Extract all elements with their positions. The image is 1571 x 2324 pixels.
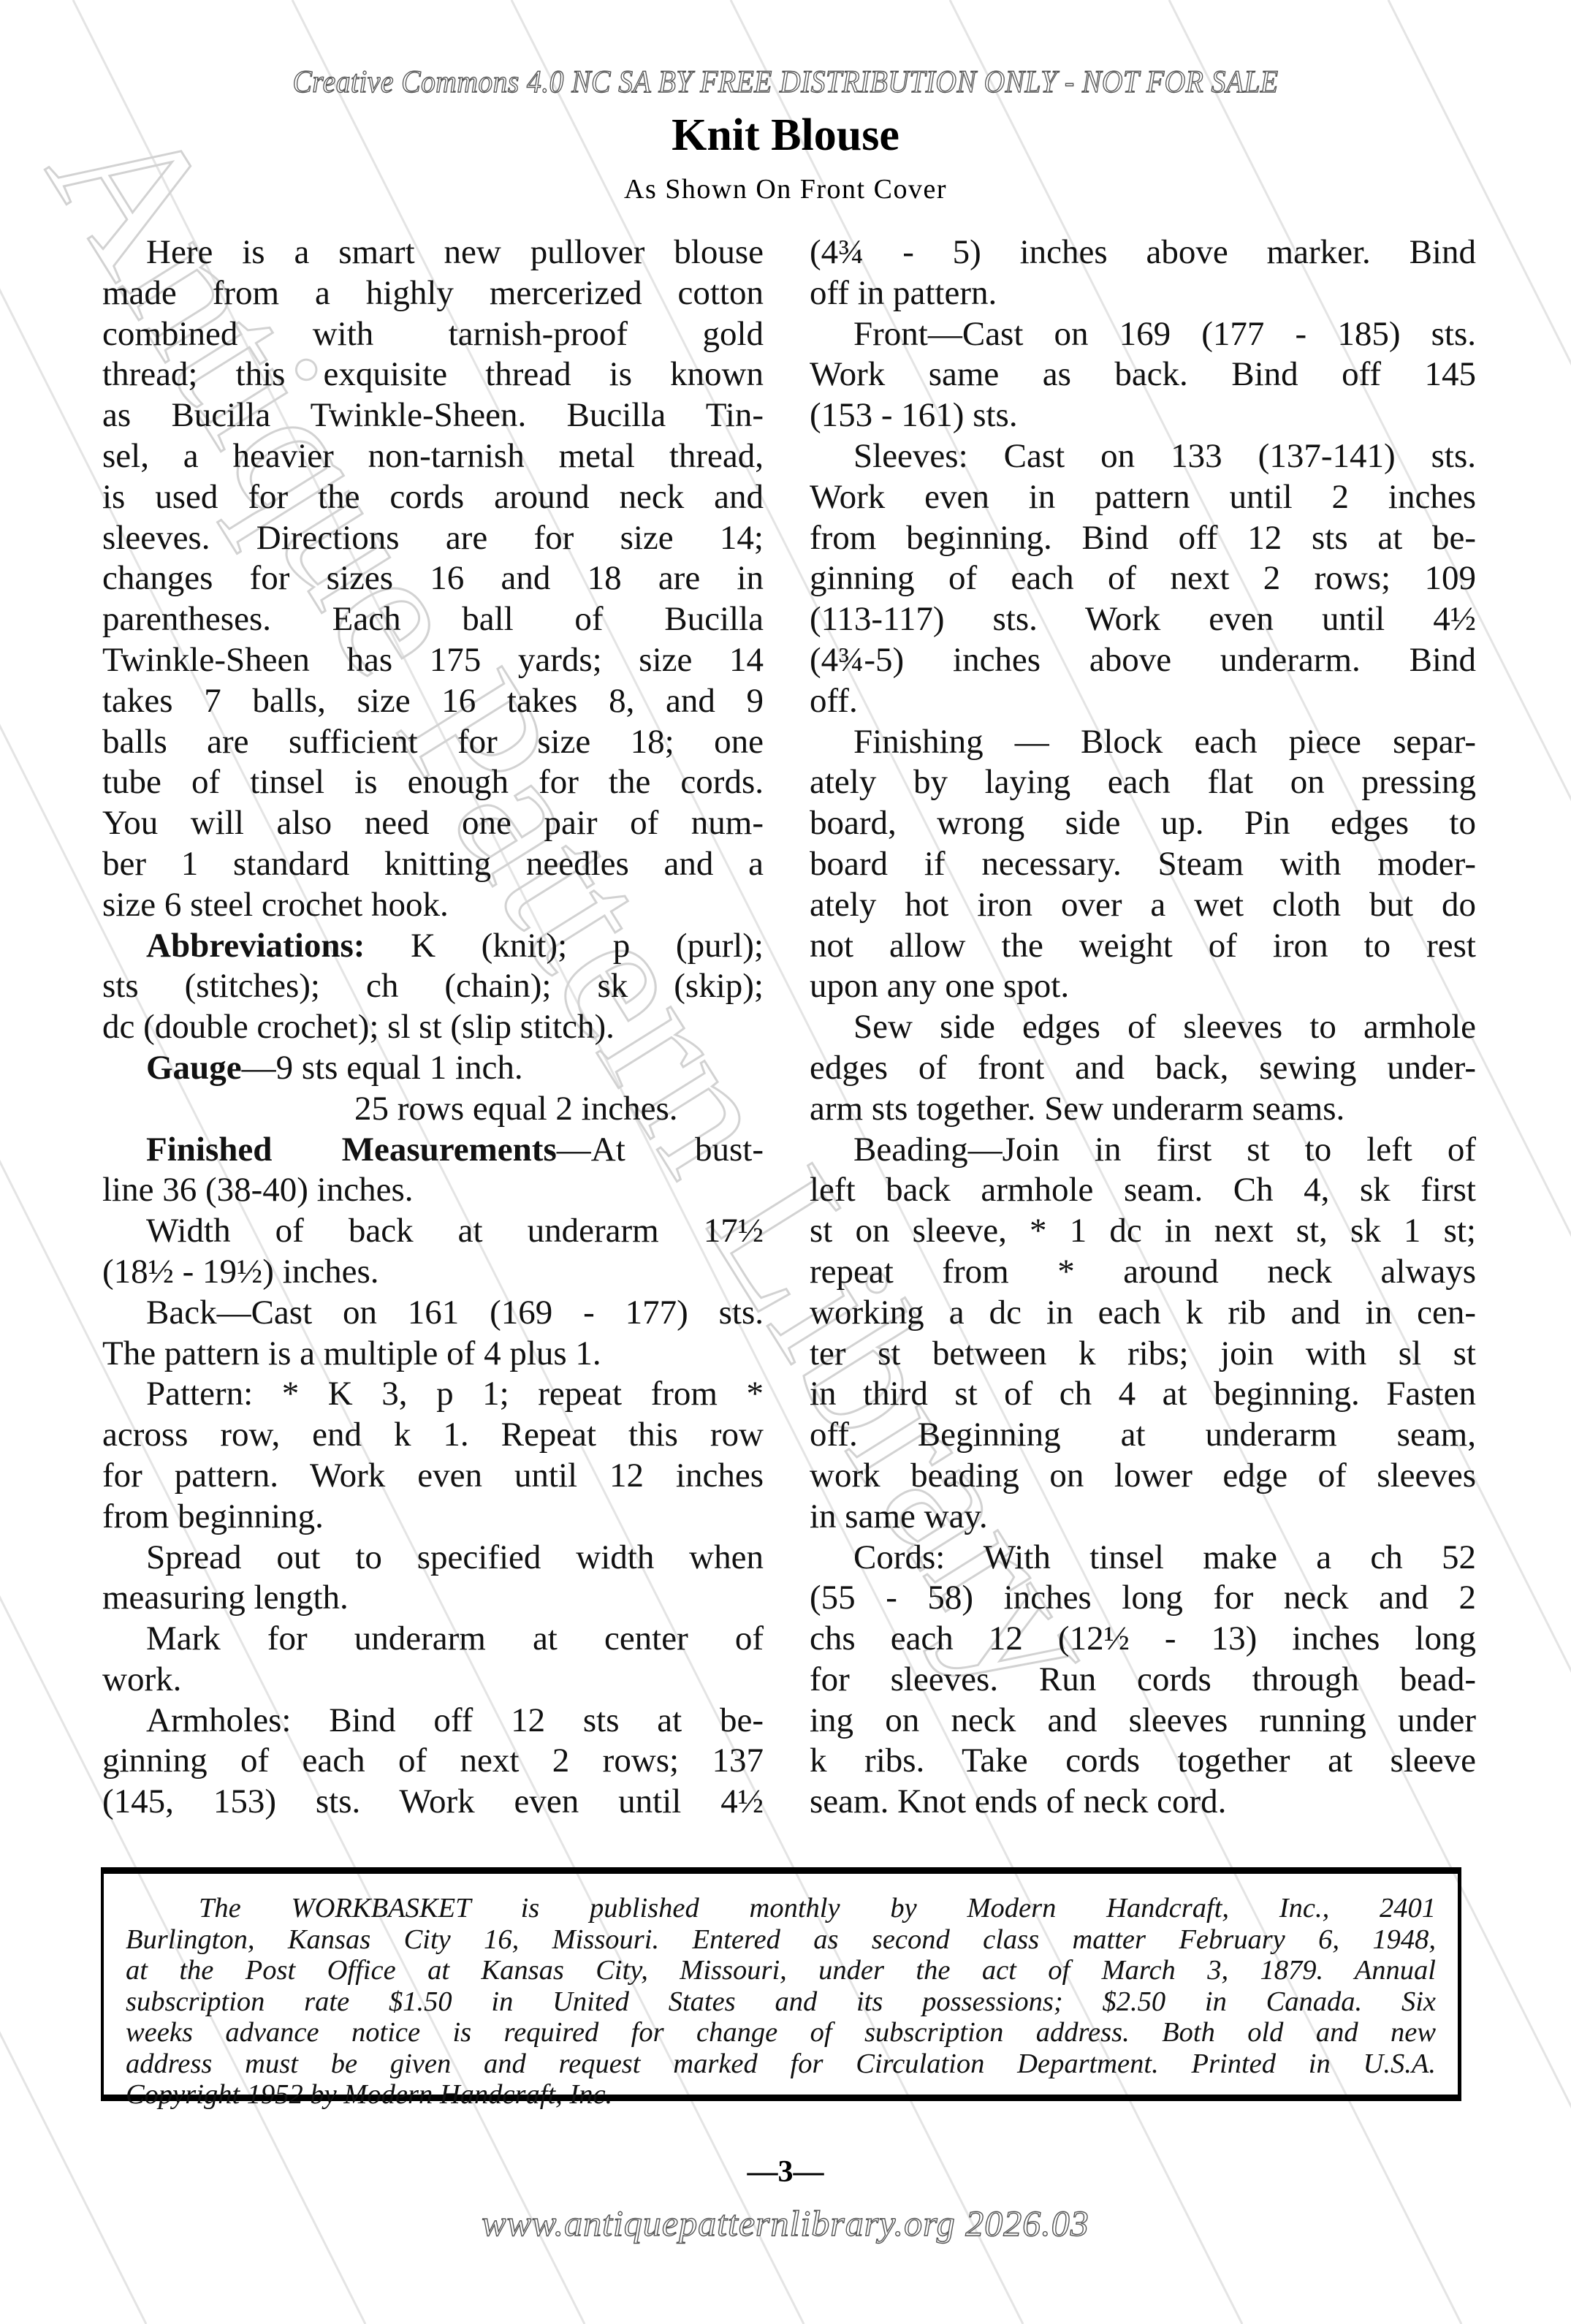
text-line: ginning of each of next 2 rows; 109 bbox=[810, 558, 1476, 599]
text-line: Mark for underarm at center of bbox=[102, 1619, 764, 1660]
text-line: Twinkle-Sheen has 175 yards; size 14 bbox=[102, 640, 764, 681]
line-text: sts (stitches); ch (chain); sk (skip); bbox=[102, 967, 764, 1005]
line-text: for pattern. Work even until 12 inches bbox=[102, 1457, 764, 1495]
publisher-info-line: The WORKBASKET is published monthly by M… bbox=[126, 1893, 1436, 1924]
line-text: Here is a smart new pullover blouse bbox=[146, 233, 764, 271]
line-text: edges of front and back, sewing under- bbox=[810, 1049, 1476, 1087]
section-heading: Abbreviations: bbox=[146, 927, 365, 965]
line-text: Work even in pattern until 2 inches bbox=[810, 478, 1476, 516]
line-text: line 36 (38-40) inches. bbox=[102, 1171, 414, 1209]
text-line: Cords: With tinsel make a ch 52 bbox=[810, 1538, 1476, 1579]
text-line: Beading—Join in first st to left of bbox=[810, 1130, 1476, 1171]
text-line: ately by laying each flat on pressing bbox=[810, 762, 1476, 803]
text-line: Back—Cast on 161 (169 - 177) sts. bbox=[102, 1293, 764, 1334]
text-line: work beading on lower edge of sleeves bbox=[810, 1456, 1476, 1497]
page-number: —3— bbox=[0, 2154, 1571, 2190]
line-text: (55 - 58) inches long for neck and 2 bbox=[810, 1579, 1476, 1617]
line-text: tube of tinsel is enough for the cords. bbox=[102, 763, 764, 801]
right-text-column: (4¾ - 5) inches above marker. Bindoff in… bbox=[810, 232, 1476, 1823]
publisher-info-line: weeks advance notice is required for cha… bbox=[126, 2017, 1436, 2048]
text-line: (4¾ - 5) inches above marker. Bind bbox=[810, 232, 1476, 273]
text-line: st on sleeve, * 1 dc in next st, sk 1 st… bbox=[810, 1211, 1476, 1252]
line-text: Sew side edges of sleeves to armhole bbox=[853, 1008, 1476, 1046]
line-text: combined with tarnish-proof gold bbox=[102, 315, 764, 353]
line-text: thread; this exquisite thread is known bbox=[102, 355, 764, 393]
line-text: not allow the weight of iron to rest bbox=[810, 927, 1476, 965]
text-line: size 6 steel crochet hook. bbox=[102, 885, 764, 926]
line-text: working a dc in each k rib and in cen- bbox=[810, 1294, 1476, 1332]
text-line: ginning of each of next 2 rows; 137 bbox=[102, 1741, 764, 1782]
line-text: is used for the cords around neck and bbox=[102, 478, 764, 516]
text-line: ber 1 standard knitting needles and a bbox=[102, 844, 764, 885]
line-text: from beginning. bbox=[102, 1497, 324, 1535]
text-line: sleeves. Directions are for size 14; bbox=[102, 518, 764, 559]
line-text: 25 rows equal 2 inches. bbox=[354, 1090, 677, 1128]
line-text: Armholes: Bind off 12 sts at be- bbox=[146, 1701, 764, 1739]
line-text: work beading on lower edge of sleeves bbox=[810, 1457, 1476, 1495]
text-line: Work same as back. Bind off 145 bbox=[810, 354, 1476, 395]
text-line: across row, end k 1. Repeat this row bbox=[102, 1415, 764, 1456]
left-text-column: Here is a smart new pullover blousemade … bbox=[102, 232, 764, 1823]
text-line: ing on neck and sleeves running under bbox=[810, 1701, 1476, 1742]
line-text: Back—Cast on 161 (169 - 177) sts. bbox=[146, 1294, 764, 1332]
section-heading: Gauge bbox=[146, 1049, 242, 1087]
line-text: ber 1 standard knitting needles and a bbox=[102, 845, 764, 883]
line-text: off. Beginning at underarm seam, bbox=[810, 1416, 1476, 1454]
text-line: Armholes: Bind off 12 sts at be- bbox=[102, 1701, 764, 1742]
line-text: ately by laying each flat on pressing bbox=[810, 763, 1476, 801]
text-line: (113-117) sts. Work even until 4½ bbox=[810, 599, 1476, 640]
line-text: Spread out to specified width when bbox=[146, 1538, 764, 1576]
text-line: line 36 (38-40) inches. bbox=[102, 1170, 764, 1211]
text-line: thread; this exquisite thread is known bbox=[102, 354, 764, 395]
text-line: sts (stitches); ch (chain); sk (skip); bbox=[102, 966, 764, 1007]
text-line: (153 - 161) sts. bbox=[810, 395, 1476, 436]
text-line: sel, a heavier non-tarnish metal thread, bbox=[102, 436, 764, 477]
line-text: Sleeves: Cast on 133 (137-141) sts. bbox=[853, 437, 1476, 475]
line-text: Work same as back. Bind off 145 bbox=[810, 355, 1476, 393]
line-text: —9 sts equal 1 inch. bbox=[242, 1049, 523, 1087]
text-line: Abbreviations: K (knit); p (purl); bbox=[102, 926, 764, 967]
text-line: edges of front and back, sewing under- bbox=[810, 1048, 1476, 1089]
document-page: Creative Commons 4.0 NC SA BY FREE DISTR… bbox=[0, 0, 1571, 2324]
text-line: (55 - 58) inches long for neck and 2 bbox=[810, 1578, 1476, 1619]
line-text: Width of back at underarm 17½ bbox=[146, 1212, 764, 1250]
line-text: seam. Knot ends of neck cord. bbox=[810, 1782, 1226, 1820]
line-text: Cords: With tinsel make a ch 52 bbox=[853, 1538, 1476, 1576]
line-text: sel, a heavier non-tarnish metal thread, bbox=[102, 437, 764, 475]
text-line: from beginning. Bind off 12 sts at be- bbox=[810, 518, 1476, 559]
text-line: balls are sufficient for size 18; one bbox=[102, 722, 764, 763]
text-line: k ribs. Take cords together at sleeve bbox=[810, 1741, 1476, 1782]
text-line: Finishing — Block each piece separ- bbox=[810, 722, 1476, 763]
text-line: takes 7 balls, size 16 takes 8, and 9 bbox=[102, 681, 764, 722]
line-text: measuring length. bbox=[102, 1579, 349, 1617]
text-line: Width of back at underarm 17½ bbox=[102, 1211, 764, 1252]
line-text: takes 7 balls, size 16 takes 8, and 9 bbox=[102, 682, 764, 720]
page-subtitle: As Shown On Front Cover bbox=[0, 173, 1571, 205]
line-text: upon any one spot. bbox=[810, 967, 1069, 1005]
text-line: work. bbox=[102, 1660, 764, 1701]
line-text: Twinkle-Sheen has 175 yards; size 14 bbox=[102, 641, 764, 679]
text-line: not allow the weight of iron to rest bbox=[810, 926, 1476, 967]
text-line: in third st of ch 4 at beginning. Fasten bbox=[810, 1374, 1476, 1415]
text-line: measuring length. bbox=[102, 1578, 764, 1619]
text-line: You will also need one pair of num- bbox=[102, 803, 764, 844]
line-text: across row, end k 1. Repeat this row bbox=[102, 1416, 764, 1454]
line-text: repeat from * around neck always bbox=[810, 1253, 1476, 1291]
text-line: parentheses. Each ball of Bucilla bbox=[102, 599, 764, 640]
text-line: (18½ - 19½) inches. bbox=[102, 1252, 764, 1293]
text-line: Gauge—9 sts equal 1 inch. bbox=[102, 1048, 764, 1089]
line-text: in third st of ch 4 at beginning. Fasten bbox=[810, 1375, 1476, 1413]
text-line: Finished Measurements—At bust- bbox=[102, 1130, 764, 1171]
line-text: work. bbox=[102, 1660, 181, 1698]
line-text: sleeves. Directions are for size 14; bbox=[102, 519, 764, 557]
line-text: (113-117) sts. Work even until 4½ bbox=[810, 600, 1476, 638]
text-line: (4¾-5) inches above underarm. Bind bbox=[810, 640, 1476, 681]
text-line: seam. Knot ends of neck cord. bbox=[810, 1782, 1476, 1823]
line-text: Finishing — Block each piece separ- bbox=[853, 723, 1476, 761]
line-text: Mark for underarm at center of bbox=[146, 1619, 764, 1657]
line-text: Pattern: * K 3, p 1; repeat from * bbox=[146, 1375, 764, 1413]
line-text: ginning of each of next 2 rows; 109 bbox=[810, 559, 1476, 597]
text-line: changes for sizes 16 and 18 are in bbox=[102, 558, 764, 599]
text-line: left back armhole seam. Ch 4, sk first bbox=[810, 1170, 1476, 1211]
site-footer-url: www.antiquepatternlibrary.org 2026.03 bbox=[0, 2202, 1571, 2244]
line-text: ter st between k ribs; join with sl st bbox=[810, 1334, 1476, 1372]
line-text: (4¾ - 5) inches above marker. Bind bbox=[810, 233, 1476, 271]
text-line: made from a highly mercerized cotton bbox=[102, 273, 764, 314]
line-text: (18½ - 19½) inches. bbox=[102, 1253, 379, 1291]
line-text: in same way. bbox=[810, 1497, 988, 1535]
text-line: tube of tinsel is enough for the cords. bbox=[102, 762, 764, 803]
text-line: board, wrong side up. Pin edges to bbox=[810, 803, 1476, 844]
text-line: board if necessary. Steam with moder- bbox=[810, 844, 1476, 885]
line-text: (4¾-5) inches above underarm. Bind bbox=[810, 641, 1476, 679]
text-line: arm sts together. Sew underarm seams. bbox=[810, 1089, 1476, 1130]
text-line: Spread out to specified width when bbox=[102, 1538, 764, 1579]
line-text: k ribs. Take cords together at sleeve bbox=[810, 1742, 1476, 1780]
text-line: off. bbox=[810, 681, 1476, 722]
line-text: from beginning. Bind off 12 sts at be- bbox=[810, 519, 1476, 557]
license-banner: Creative Commons 4.0 NC SA BY FREE DISTR… bbox=[63, 64, 1508, 100]
text-line: Here is a smart new pullover blouse bbox=[102, 232, 764, 273]
line-text: size 6 steel crochet hook. bbox=[102, 886, 449, 924]
publisher-info-line: at the Post Office at Kansas City, Misso… bbox=[126, 1955, 1436, 1986]
line-text: balls are sufficient for size 18; one bbox=[102, 723, 764, 761]
text-line: chs each 12 (12½ - 13) inches long bbox=[810, 1619, 1476, 1660]
line-text: —At bust- bbox=[557, 1131, 764, 1169]
text-line: 25 rows equal 2 inches. bbox=[102, 1089, 764, 1130]
line-text: K (knit); p (purl); bbox=[365, 927, 764, 965]
line-text: dc (double crochet); sl st (slip stitch)… bbox=[102, 1008, 615, 1046]
text-line: for pattern. Work even until 12 inches bbox=[102, 1456, 764, 1497]
line-text: left back armhole seam. Ch 4, sk first bbox=[810, 1171, 1476, 1209]
text-line: Sew side edges of sleeves to armhole bbox=[810, 1007, 1476, 1048]
publisher-info-line: Burlington, Kansas City 16, Missouri. En… bbox=[126, 1924, 1436, 1956]
line-text: chs each 12 (12½ - 13) inches long bbox=[810, 1619, 1476, 1657]
line-text: You will also need one pair of num- bbox=[102, 804, 764, 842]
text-line: repeat from * around neck always bbox=[810, 1252, 1476, 1293]
text-line: The pattern is a multiple of 4 plus 1. bbox=[102, 1334, 764, 1375]
line-text: made from a highly mercerized cotton bbox=[102, 274, 764, 312]
text-line: dc (double crochet); sl st (slip stitch)… bbox=[102, 1007, 764, 1048]
line-text: ing on neck and sleeves running under bbox=[810, 1701, 1476, 1739]
publisher-info-line: address must be given and request marked… bbox=[126, 2048, 1436, 2080]
line-text: for sleeves. Run cords through bead- bbox=[810, 1660, 1476, 1698]
publisher-info-line: Copyright 1952 by Modern Handcraft, Inc. bbox=[126, 2079, 1436, 2111]
text-line: is used for the cords around neck and bbox=[102, 477, 764, 518]
line-text: changes for sizes 16 and 18 are in bbox=[102, 559, 764, 597]
text-line: working a dc in each k rib and in cen- bbox=[810, 1293, 1476, 1334]
text-line: as Bucilla Twinkle-Sheen. Bucilla Tin- bbox=[102, 395, 764, 436]
line-text: ately hot iron over a wet cloth but do bbox=[810, 886, 1476, 924]
line-text: off. bbox=[810, 682, 858, 720]
line-text: Front—Cast on 169 (177 - 185) sts. bbox=[853, 315, 1476, 353]
text-line: off in pattern. bbox=[810, 273, 1476, 314]
text-line: Sleeves: Cast on 133 (137-141) sts. bbox=[810, 436, 1476, 477]
line-text: arm sts together. Sew underarm seams. bbox=[810, 1090, 1344, 1128]
line-text: (153 - 161) sts. bbox=[810, 396, 1018, 434]
text-line: off. Beginning at underarm seam, bbox=[810, 1415, 1476, 1456]
text-line: upon any one spot. bbox=[810, 966, 1476, 1007]
line-text: off in pattern. bbox=[810, 274, 997, 312]
text-line: (145, 153) sts. Work even until 4½ bbox=[102, 1782, 764, 1823]
publisher-info-box: The WORKBASKET is published monthly by M… bbox=[101, 1867, 1461, 2101]
text-line: in same way. bbox=[810, 1497, 1476, 1538]
text-line: combined with tarnish-proof gold bbox=[102, 314, 764, 355]
text-line: Pattern: * K 3, p 1; repeat from * bbox=[102, 1374, 764, 1415]
line-text: st on sleeve, * 1 dc in next st, sk 1 st… bbox=[810, 1212, 1476, 1250]
text-line: for sleeves. Run cords through bead- bbox=[810, 1660, 1476, 1701]
line-text: board if necessary. Steam with moder- bbox=[810, 845, 1476, 883]
page-title: Knit Blouse bbox=[0, 110, 1571, 162]
text-line: Work even in pattern until 2 inches bbox=[810, 477, 1476, 518]
line-text: Beading—Join in first st to left of bbox=[853, 1131, 1476, 1169]
line-text: parentheses. Each ball of Bucilla bbox=[102, 600, 764, 638]
text-line: ter st between k ribs; join with sl st bbox=[810, 1334, 1476, 1375]
text-line: from beginning. bbox=[102, 1497, 764, 1538]
line-text: as Bucilla Twinkle-Sheen. Bucilla Tin- bbox=[102, 396, 764, 434]
line-text: ginning of each of next 2 rows; 137 bbox=[102, 1742, 764, 1780]
line-text: board, wrong side up. Pin edges to bbox=[810, 804, 1476, 842]
text-line: ately hot iron over a wet cloth but do bbox=[810, 885, 1476, 926]
section-heading: Finished Measurements bbox=[146, 1131, 557, 1169]
text-line: Front—Cast on 169 (177 - 185) sts. bbox=[810, 314, 1476, 355]
line-text: (145, 153) sts. Work even until 4½ bbox=[102, 1782, 764, 1820]
publisher-info-line: subscription rate $1.50 in United States… bbox=[126, 1986, 1436, 2018]
line-text: The pattern is a multiple of 4 plus 1. bbox=[102, 1334, 601, 1372]
